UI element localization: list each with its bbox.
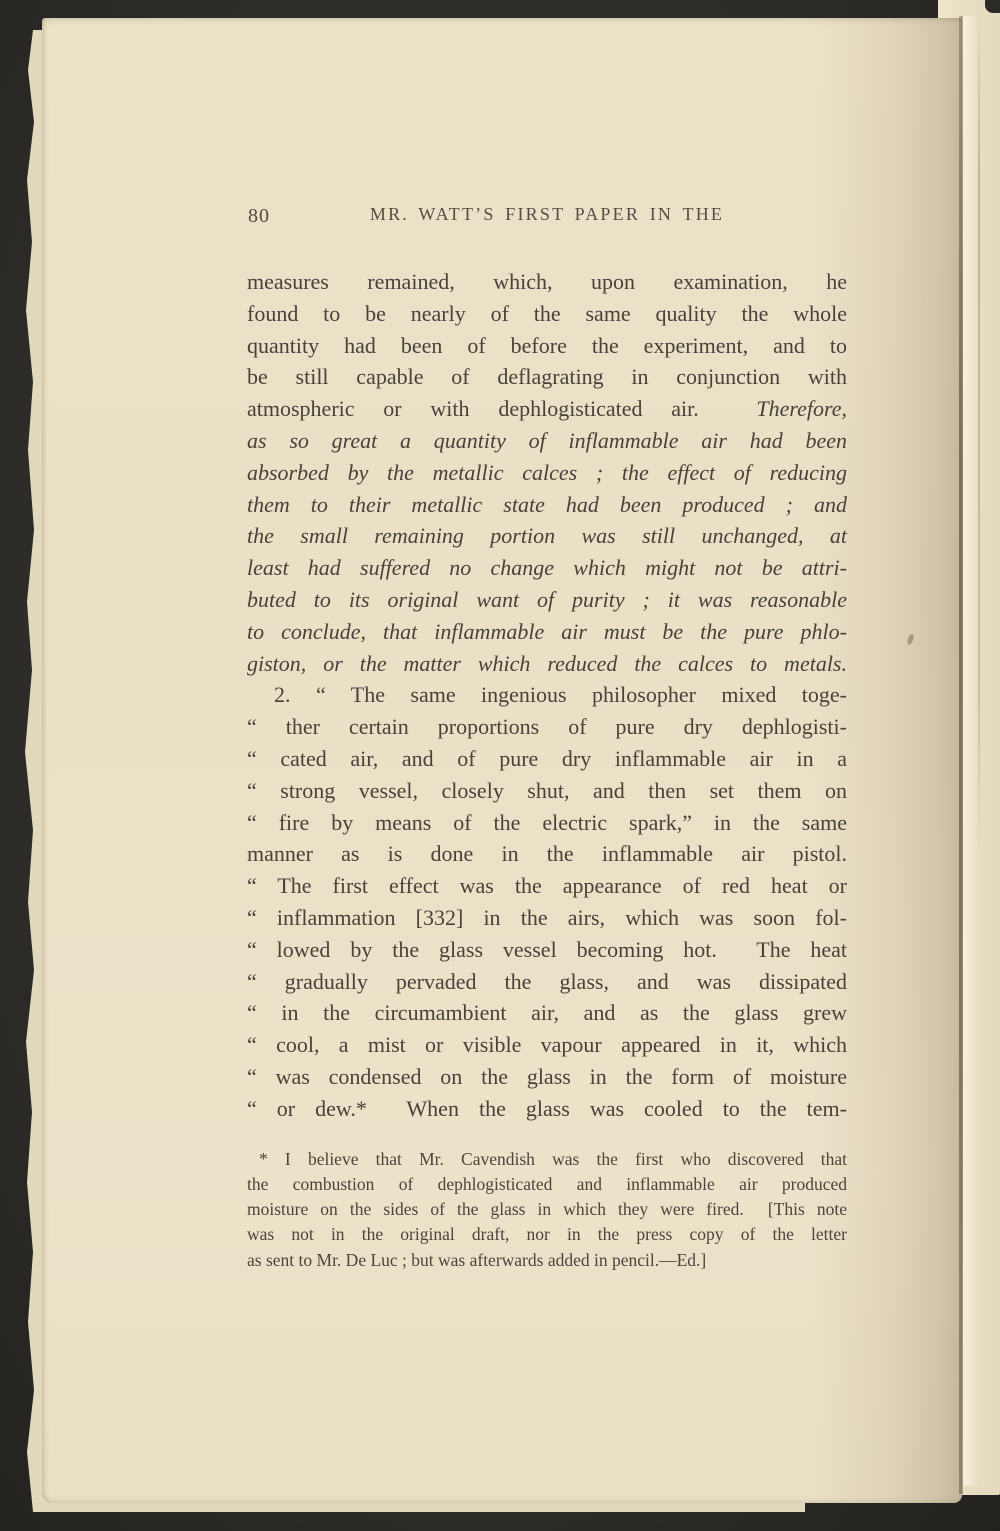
body-line: quantity had been of before the experime… bbox=[247, 330, 847, 362]
page-header: 80 MR. WATT’S FIRST PAPER IN THE bbox=[247, 204, 847, 230]
body-line: “ lowed by the glass vessel becoming hot… bbox=[247, 934, 847, 966]
body-line: manner as is done in the inflammable air… bbox=[247, 838, 847, 870]
body-line: be still capable of deflagrating in conj… bbox=[247, 361, 847, 393]
body-line: “ fire by means of the electric spark,” … bbox=[247, 807, 847, 839]
body-line: “ in the circumambient air, and as the g… bbox=[247, 997, 847, 1029]
book-page: 80 MR. WATT’S FIRST PAPER IN THE measure… bbox=[42, 18, 962, 1503]
body-line: buted to its original want of purity ; i… bbox=[247, 584, 847, 616]
body-line: “ cool, a mist or visible vapour appeare… bbox=[247, 1029, 847, 1061]
body-line: atmospheric or with dephlogisticated air… bbox=[247, 393, 847, 425]
gutter-highlight bbox=[963, 16, 979, 1486]
footnote-line: the combustion of dephlogisticated and i… bbox=[247, 1172, 847, 1197]
body-line: absorbed by the metallic calces ; the ef… bbox=[247, 457, 847, 489]
body-line: to conclude, that inflammable air must b… bbox=[247, 616, 847, 648]
body-line: “ strong vessel, closely shut, and then … bbox=[247, 775, 847, 807]
body-line: them to their metallic state had been pr… bbox=[247, 489, 847, 521]
body-line: as so great a quantity of inflammable ai… bbox=[247, 425, 847, 457]
body-line: “ cated air, and of pure dry inflammable… bbox=[247, 743, 847, 775]
gutter-crease bbox=[959, 16, 963, 1494]
body-line: “ or dew.* When the glass was cooled to … bbox=[247, 1093, 847, 1125]
body-line: “ ther certain proportions of pure dry d… bbox=[247, 711, 847, 743]
body-line: 2. “ The same ingenious philosopher mixe… bbox=[247, 679, 847, 711]
body-line: measures remained, which, upon examinati… bbox=[247, 266, 847, 298]
background-corner bbox=[985, 0, 1000, 13]
ink-smudge bbox=[906, 633, 914, 645]
body-line: “ gradually pervaded the glass, and was … bbox=[247, 966, 847, 998]
body-line: “ inflammation [332] in the airs, which … bbox=[247, 902, 847, 934]
body-line: “ was condensed on the glass in the form… bbox=[247, 1061, 847, 1093]
body-text: measures remained, which, upon examinati… bbox=[247, 266, 847, 1125]
body-line: “ The first effect was the appearance of… bbox=[247, 870, 847, 902]
running-title: MR. WATT’S FIRST PAPER IN THE bbox=[247, 204, 847, 225]
footnote-line: was not in the original draft, nor in th… bbox=[247, 1222, 847, 1247]
text-column: 80 MR. WATT’S FIRST PAPER IN THE measure… bbox=[247, 204, 847, 1273]
body-line: least had suffered no change which might… bbox=[247, 552, 847, 584]
page-number: 80 bbox=[248, 205, 270, 228]
footnote-line: as sent to Mr. De Luc ; but was afterwar… bbox=[247, 1248, 847, 1273]
body-line: giston, or the matter which reduced the … bbox=[247, 648, 847, 680]
body-line: the small remaining portion was still un… bbox=[247, 520, 847, 552]
footnote: * I believe that Mr. Cavendish was the f… bbox=[247, 1147, 847, 1273]
footnote-line: moisture on the sides of the glass in wh… bbox=[247, 1197, 847, 1222]
footnote-line: * I believe that Mr. Cavendish was the f… bbox=[247, 1147, 847, 1172]
scanned-book-photo: 80 MR. WATT’S FIRST PAPER IN THE measure… bbox=[0, 0, 1000, 1531]
body-line: found to be nearly of the same quality t… bbox=[247, 298, 847, 330]
